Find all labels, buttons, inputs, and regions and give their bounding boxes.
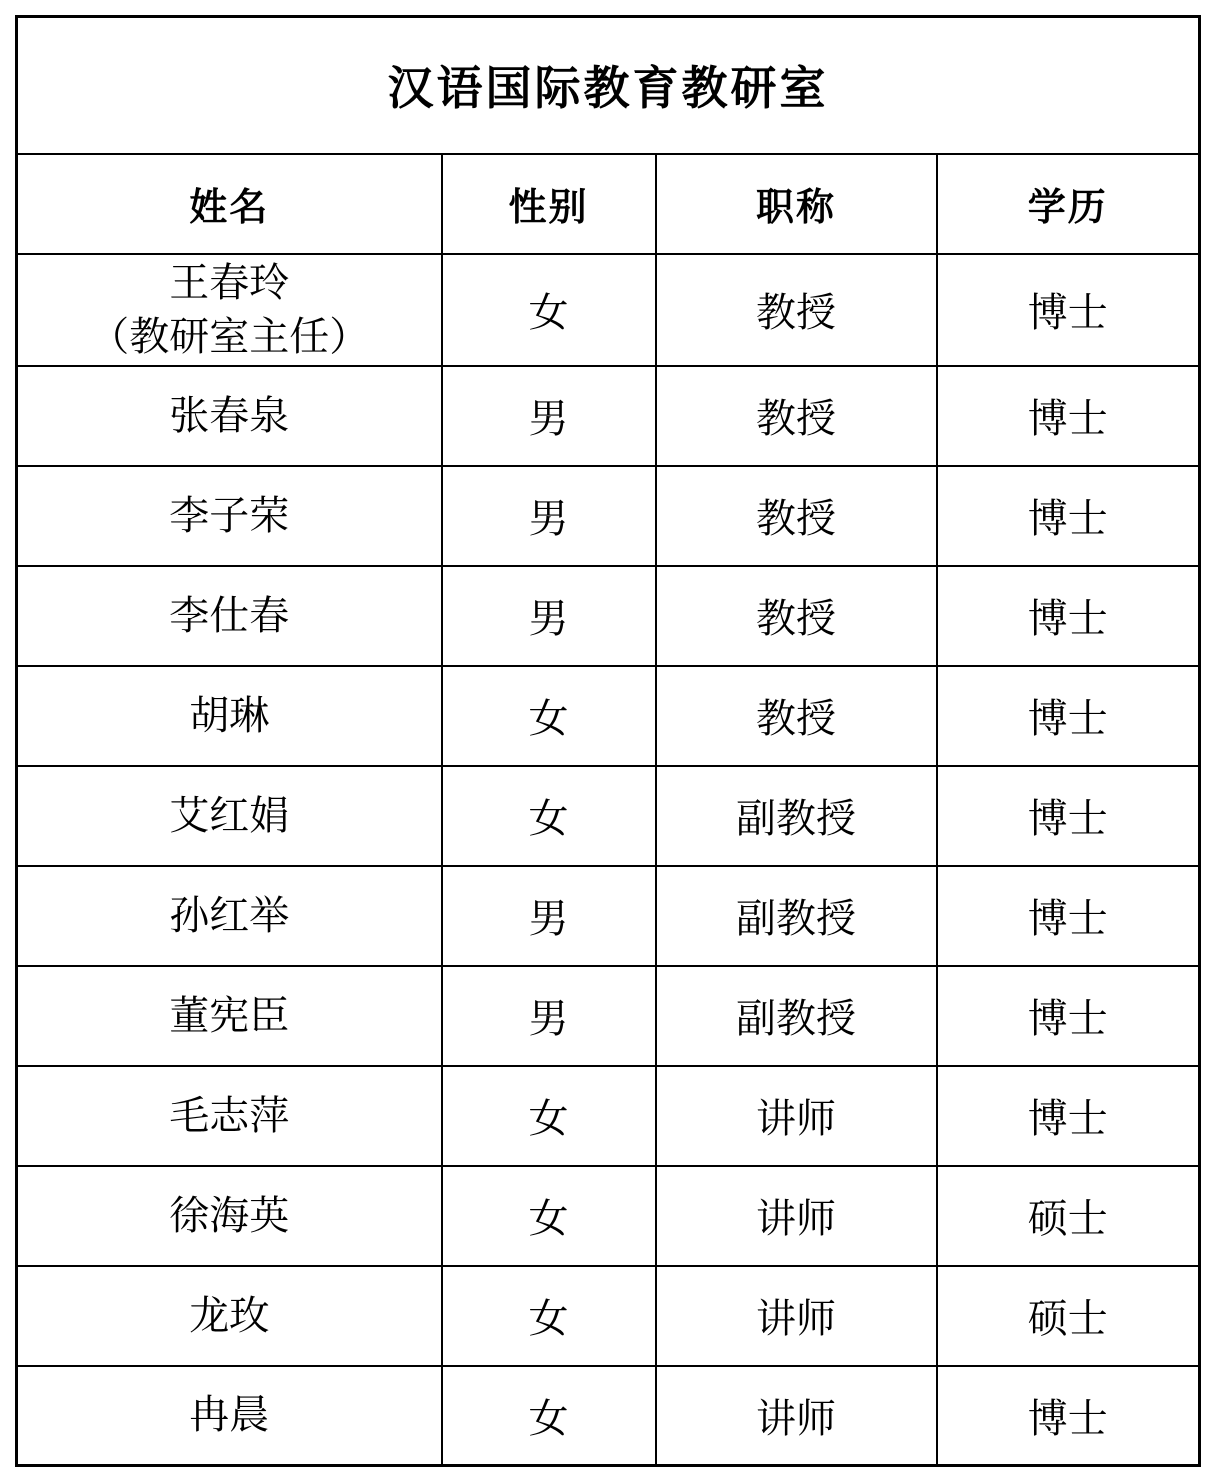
- cell-degree: 博士: [937, 466, 1200, 566]
- person-gender: 女: [529, 696, 569, 742]
- table-row: 徐海英 女 讲师 硕士: [17, 1166, 1200, 1266]
- cell-gender: 女: [442, 254, 656, 366]
- cell-name: 张春泉: [17, 366, 442, 466]
- person-job-title: 讲师: [756, 1096, 836, 1142]
- cell-job-title: 讲师: [656, 1066, 937, 1166]
- table-row: 龙玫 女 讲师 硕士: [17, 1266, 1200, 1366]
- cell-name: 徐海英: [17, 1166, 442, 1266]
- person-degree: 博士: [1028, 1096, 1108, 1142]
- table-title-row: 汉语国际教育教研室: [17, 17, 1200, 154]
- table-header-row: 姓名 性别 职称 学历: [17, 154, 1200, 254]
- person-job-title: 讲师: [756, 1196, 836, 1242]
- column-header-gender: 性别: [442, 154, 656, 254]
- person-name: 冉晨: [18, 1388, 441, 1442]
- column-header-job-title: 职称: [656, 154, 937, 254]
- person-name: 张春泉: [18, 389, 441, 443]
- person-name: 李子荣: [18, 489, 441, 543]
- person-job-title: 副教授: [736, 996, 856, 1042]
- person-gender: 女: [529, 1396, 569, 1442]
- table-row: 王春玲 （教研室主任） 女 教授 博士: [17, 254, 1200, 366]
- person-job-title: 教授: [756, 290, 836, 336]
- cell-name: 龙玫: [17, 1266, 442, 1366]
- person-degree: 硕士: [1028, 1296, 1108, 1342]
- person-job-title: 教授: [756, 396, 836, 442]
- cell-gender: 男: [442, 866, 656, 966]
- person-gender: 女: [529, 1296, 569, 1342]
- table-row: 李子荣 男 教授 博士: [17, 466, 1200, 566]
- person-gender: 男: [529, 396, 569, 442]
- table-row: 张春泉 男 教授 博士: [17, 366, 1200, 466]
- cell-name: 李仕春: [17, 566, 442, 666]
- person-name: 艾红娟: [18, 789, 441, 843]
- cell-job-title: 讲师: [656, 1366, 937, 1466]
- table-row: 胡琳 女 教授 博士: [17, 666, 1200, 766]
- cell-degree: 硕士: [937, 1266, 1200, 1366]
- cell-gender: 男: [442, 366, 656, 466]
- person-job-title: 副教授: [736, 796, 856, 842]
- cell-name: 董宪臣: [17, 966, 442, 1066]
- person-gender: 女: [529, 796, 569, 842]
- person-gender: 男: [529, 596, 569, 642]
- table-row: 孙红举 男 副教授 博士: [17, 866, 1200, 966]
- person-name: 董宪臣: [18, 989, 441, 1043]
- cell-degree: 博士: [937, 1066, 1200, 1166]
- person-job-title: 讲师: [756, 1396, 836, 1442]
- cell-name: 王春玲 （教研室主任）: [17, 254, 442, 366]
- cell-gender: 男: [442, 466, 656, 566]
- cell-gender: 男: [442, 566, 656, 666]
- person-name: 徐海英: [18, 1189, 441, 1243]
- person-name: 孙红举: [18, 889, 441, 943]
- cell-job-title: 教授: [656, 466, 937, 566]
- person-gender: 男: [529, 496, 569, 542]
- cell-degree: 博士: [937, 866, 1200, 966]
- person-degree: 博士: [1028, 596, 1108, 642]
- person-name: 李仕春: [18, 589, 441, 643]
- cell-degree: 博士: [937, 1366, 1200, 1466]
- person-gender: 男: [529, 996, 569, 1042]
- cell-degree: 硕士: [937, 1166, 1200, 1266]
- faculty-table: 汉语国际教育教研室 姓名 性别 职称 学历 王春玲 （教研室主任） 女 教授 博…: [15, 15, 1201, 1467]
- person-degree: 博士: [1028, 996, 1108, 1042]
- table-body: 王春玲 （教研室主任） 女 教授 博士 张春泉 男 教授 博士 李子荣: [17, 254, 1200, 1466]
- table-row: 李仕春 男 教授 博士: [17, 566, 1200, 666]
- table-row: 董宪臣 男 副教授 博士: [17, 966, 1200, 1066]
- person-job-title: 副教授: [736, 896, 856, 942]
- cell-job-title: 副教授: [656, 866, 937, 966]
- cell-job-title: 讲师: [656, 1266, 937, 1366]
- cell-degree: 博士: [937, 366, 1200, 466]
- cell-name: 艾红娟: [17, 766, 442, 866]
- person-degree: 博士: [1028, 696, 1108, 742]
- person-name-note: （教研室主任）: [18, 310, 441, 364]
- cell-name: 孙红举: [17, 866, 442, 966]
- person-degree: 博士: [1028, 496, 1108, 542]
- table-title: 汉语国际教育教研室: [17, 17, 1200, 154]
- person-degree: 硕士: [1028, 1196, 1108, 1242]
- cell-job-title: 副教授: [656, 766, 937, 866]
- table-row: 毛志萍 女 讲师 博士: [17, 1066, 1200, 1166]
- table-row: 艾红娟 女 副教授 博士: [17, 766, 1200, 866]
- table-row: 冉晨 女 讲师 博士: [17, 1366, 1200, 1466]
- cell-degree: 博士: [937, 666, 1200, 766]
- person-gender: 女: [529, 1196, 569, 1242]
- cell-gender: 女: [442, 1166, 656, 1266]
- cell-degree: 博士: [937, 766, 1200, 866]
- cell-job-title: 教授: [656, 666, 937, 766]
- cell-job-title: 教授: [656, 566, 937, 666]
- cell-name: 毛志萍: [17, 1066, 442, 1166]
- person-degree: 博士: [1028, 896, 1108, 942]
- person-degree: 博士: [1028, 1396, 1108, 1442]
- cell-job-title: 副教授: [656, 966, 937, 1066]
- cell-name: 李子荣: [17, 466, 442, 566]
- cell-gender: 女: [442, 1366, 656, 1466]
- cell-degree: 博士: [937, 566, 1200, 666]
- cell-name: 冉晨: [17, 1366, 442, 1466]
- person-job-title: 教授: [756, 696, 836, 742]
- cell-name: 胡琳: [17, 666, 442, 766]
- cell-gender: 男: [442, 966, 656, 1066]
- person-gender: 女: [529, 290, 569, 336]
- cell-job-title: 讲师: [656, 1166, 937, 1266]
- cell-job-title: 教授: [656, 366, 937, 466]
- person-degree: 博士: [1028, 396, 1108, 442]
- person-degree: 博士: [1028, 796, 1108, 842]
- person-job-title: 讲师: [756, 1296, 836, 1342]
- cell-degree: 博士: [937, 966, 1200, 1066]
- person-gender: 男: [529, 896, 569, 942]
- person-name: 胡琳: [18, 689, 441, 743]
- cell-gender: 女: [442, 1066, 656, 1166]
- cell-gender: 女: [442, 1266, 656, 1366]
- document-page: 汉语国际教育教研室 姓名 性别 职称 学历 王春玲 （教研室主任） 女 教授 博…: [0, 0, 1214, 1484]
- column-header-degree: 学历: [937, 154, 1200, 254]
- column-header-name: 姓名: [17, 154, 442, 254]
- person-gender: 女: [529, 1096, 569, 1142]
- cell-degree: 博士: [937, 254, 1200, 366]
- person-name: 王春玲: [18, 256, 441, 310]
- person-job-title: 教授: [756, 496, 836, 542]
- person-degree: 博士: [1028, 290, 1108, 336]
- person-name: 龙玫: [18, 1289, 441, 1343]
- cell-job-title: 教授: [656, 254, 937, 366]
- person-name: 毛志萍: [18, 1089, 441, 1143]
- cell-gender: 女: [442, 766, 656, 866]
- person-job-title: 教授: [756, 596, 836, 642]
- cell-gender: 女: [442, 666, 656, 766]
